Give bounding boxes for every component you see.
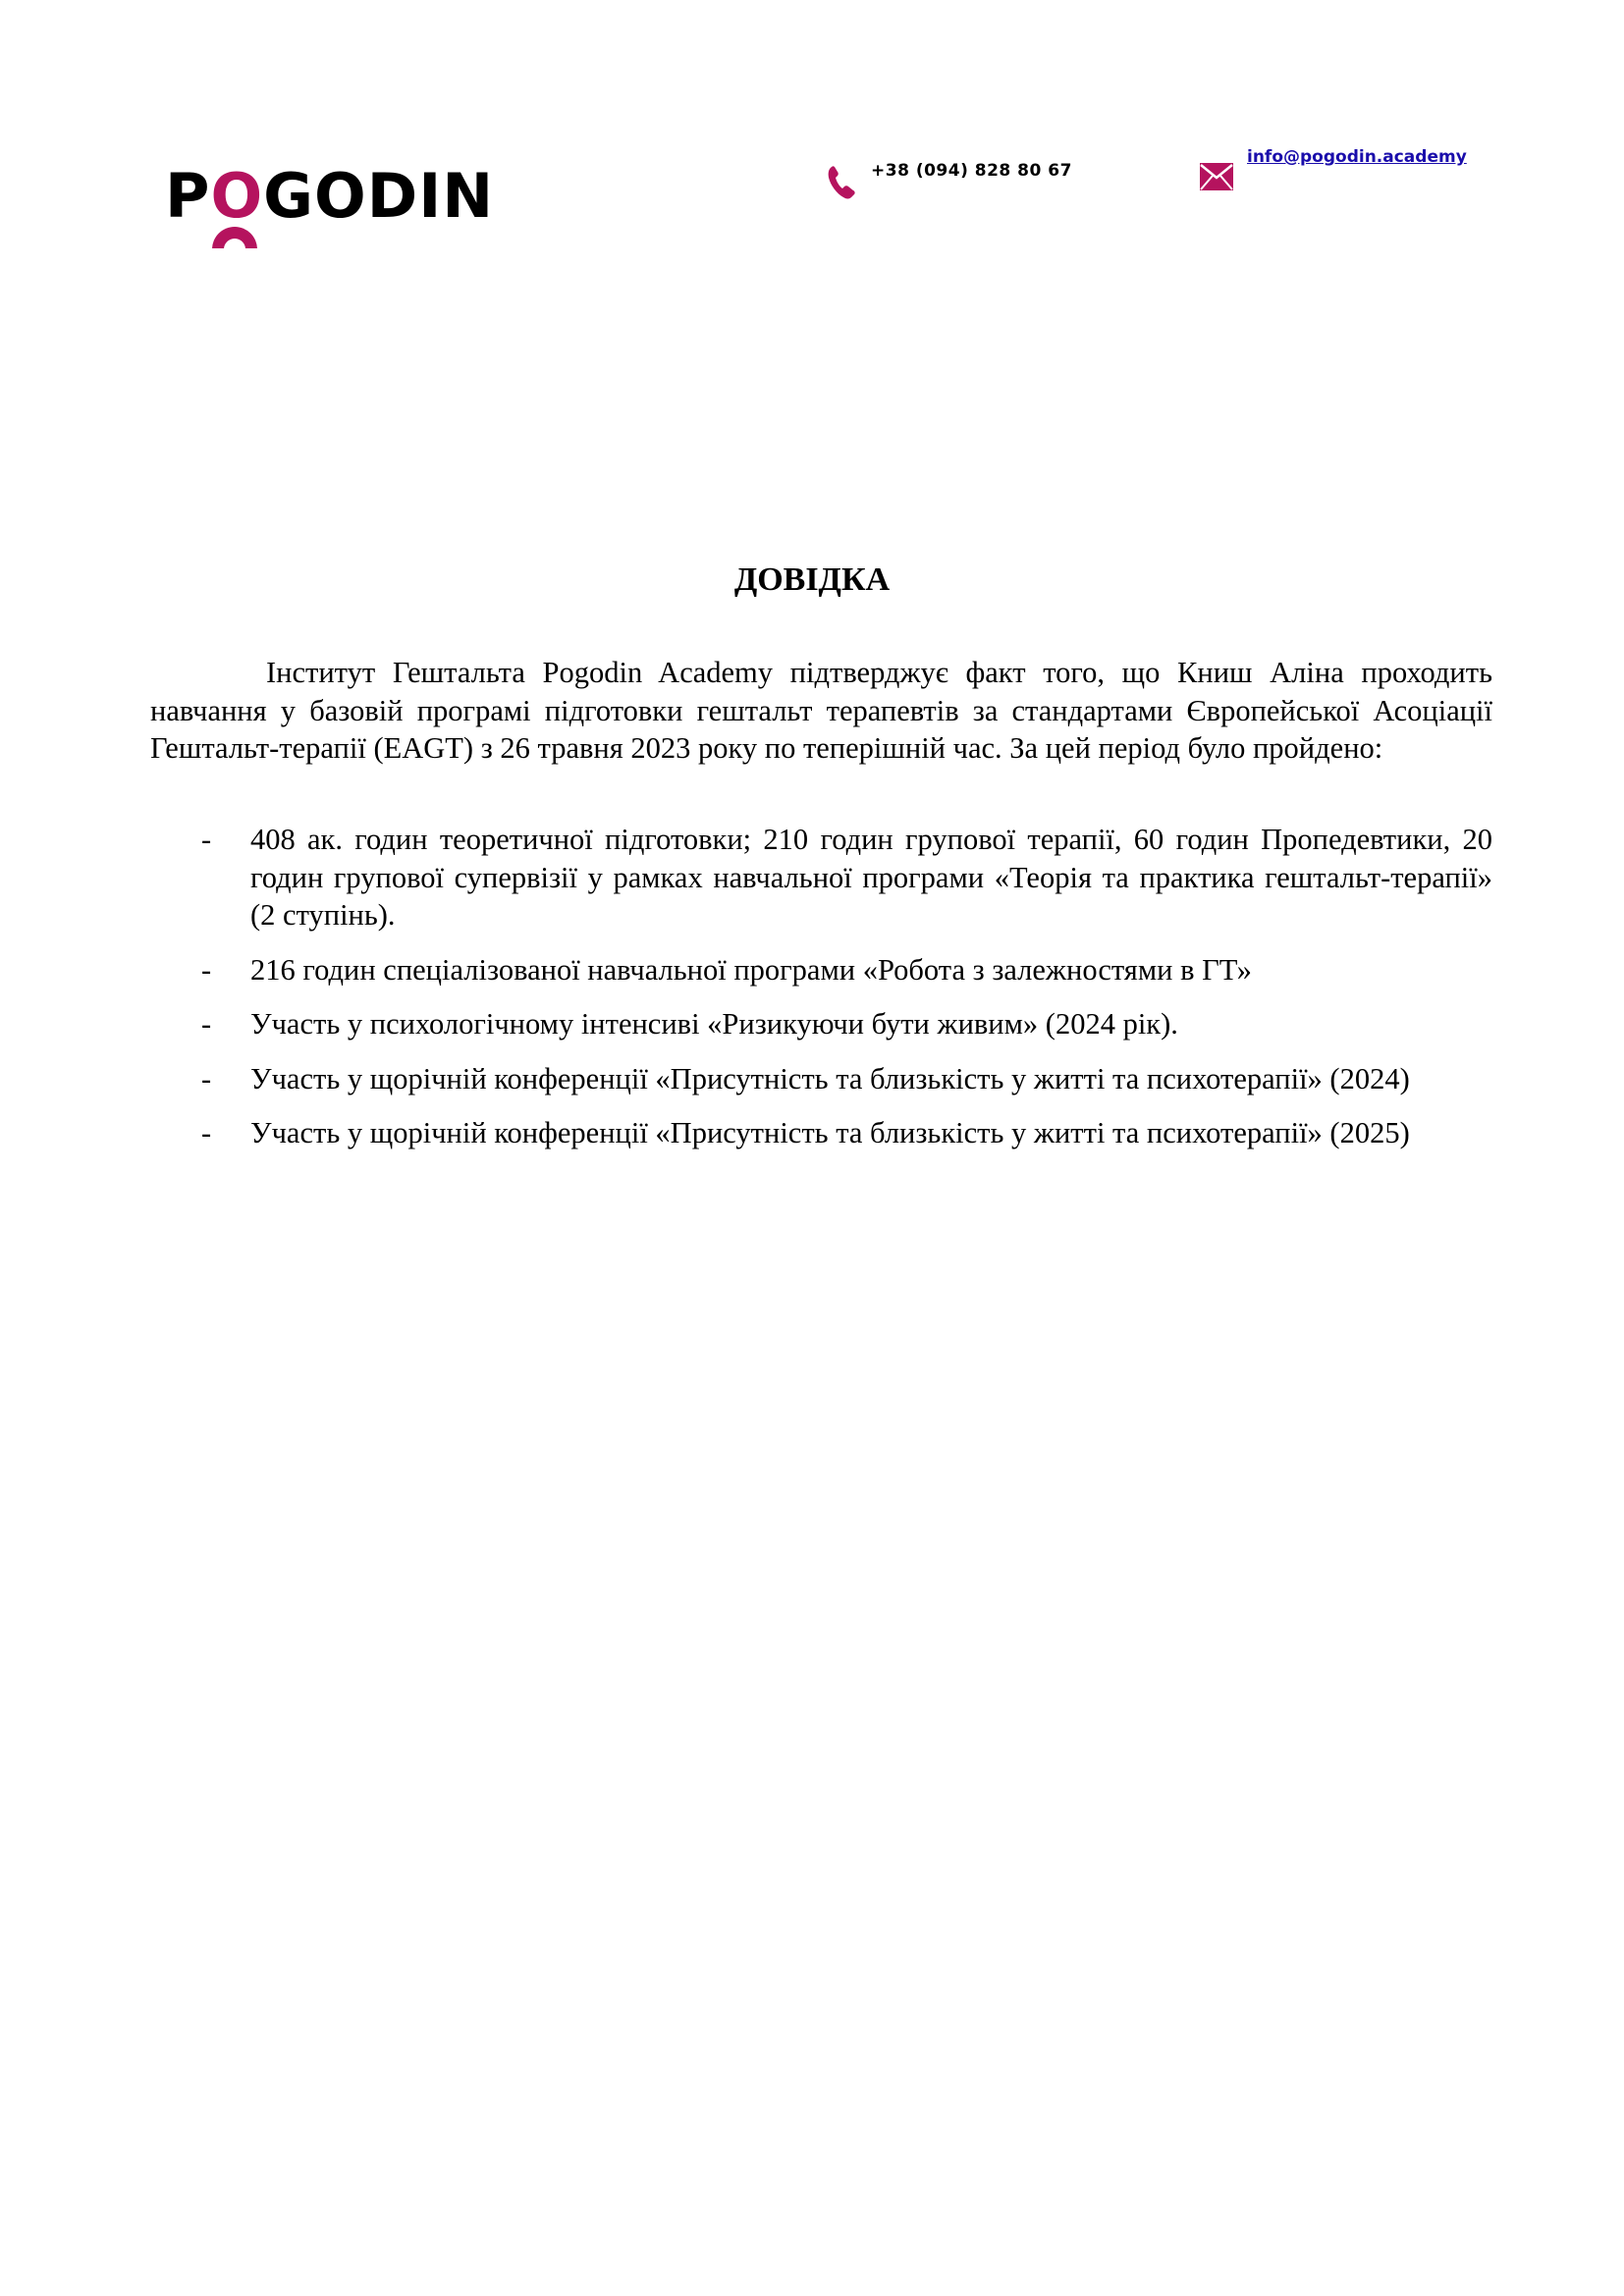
list-item-text: Участь у щорічній конференції «Присутніс… <box>250 1116 1410 1149</box>
logo-letters-godin: GODIN <box>263 157 494 236</box>
list-item-text: Участь у щорічній конференції «Присутніс… <box>250 1062 1410 1095</box>
envelope-icon <box>1200 163 1233 190</box>
phone-icon <box>828 165 857 200</box>
list-marker: - <box>201 1114 211 1152</box>
list-item: -216 годин спеціалізованої навчальної пр… <box>150 951 1492 989</box>
list-item: -Участь у щорічній конференції «Присутні… <box>150 1060 1492 1098</box>
list-item: -Участь у психологічному інтенсиві «Ризи… <box>150 1005 1492 1043</box>
list-marker: - <box>201 1060 211 1098</box>
logo-letter-p: P <box>165 157 210 236</box>
list-marker: - <box>201 951 211 989</box>
contact-email: info@pogodin.academy <box>1200 147 1467 190</box>
intro-paragraph: Інститут Гештальта Pogodin Academy підтв… <box>150 654 1492 768</box>
contact-phone: +38 (094) 828 80 67 <box>828 159 1072 200</box>
logo-letter-o: O <box>210 157 263 236</box>
list-item-text: 408 ак. годин теоретичної підготовки; 21… <box>250 823 1492 932</box>
list-marker: - <box>201 821 211 859</box>
completed-items-list: -408 ак. годин теоретичної підготовки; 2… <box>150 821 1492 1169</box>
list-marker: - <box>201 1005 211 1043</box>
logo-wordmark: P O GODIN <box>165 157 494 236</box>
email-link[interactable]: info@pogodin.academy <box>1247 147 1467 167</box>
pogodin-logo: P O GODIN <box>165 157 489 236</box>
document-title: ДОВІДКА <box>0 561 1624 599</box>
phone-number: +38 (094) 828 80 67 <box>871 161 1072 181</box>
list-item-text: Участь у психологічному інтенсиві «Ризик… <box>250 1007 1178 1041</box>
list-item: -408 ак. годин теоретичної підготовки; 2… <box>150 821 1492 934</box>
person-icon <box>212 227 257 248</box>
list-item-text: 216 годин спеціалізованої навчальної про… <box>250 953 1252 987</box>
list-item: -Участь у щорічній конференції «Присутні… <box>150 1114 1492 1152</box>
